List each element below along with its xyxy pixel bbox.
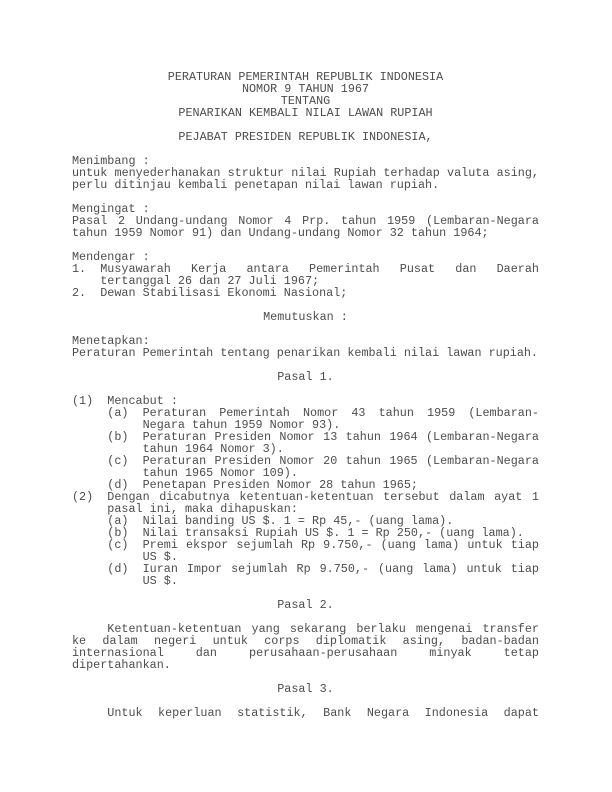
list-item-label: (d) [107, 563, 128, 575]
list-item-label: 1. [72, 263, 86, 275]
document-text: PERATURAN PEMERINTAH REPUBLIK INDONESIAN… [72, 71, 539, 719]
document-line: US $. [72, 575, 539, 587]
document-line: PEJABAT PRESIDEN REPUBLIK INDONESIA, [72, 131, 539, 143]
line-text: dipertahankan. [72, 659, 539, 671]
line-text: Iuran Impor sejumlah Rp 9.750,- (uang la… [143, 563, 539, 575]
document-line: Untuk keperluan statistik, Bank Negara I… [72, 707, 539, 719]
document-line: Pasal 1. [72, 371, 539, 383]
line-text: tahun 1959 Nomor 91) dan Undang-undang N… [72, 227, 539, 239]
document-line: Pasal 3. [72, 683, 539, 695]
list-item-label: (b) [107, 431, 128, 443]
document-line: PENARIKAN KEMBALI NILAI LAWAN RUPIAH [72, 107, 539, 119]
document-line: Memutuskan : [72, 311, 539, 323]
line-text: Peraturan Pemerintah tentang penarikan k… [72, 347, 539, 359]
list-item-label: (c) [107, 539, 128, 551]
line-text: Memutuskan : [72, 311, 539, 323]
line-text: Pasal 3. [72, 683, 539, 695]
document-line: dipertahankan. [72, 659, 539, 671]
list-item-label: (2) [72, 491, 93, 503]
document-line: 2.Dewan Stabilisasi Ekonomi Nasional; [72, 287, 539, 299]
document-line: Peraturan Pemerintah tentang penarikan k… [72, 347, 539, 359]
line-text: Pasal 2. [72, 599, 539, 611]
line-text: perlu ditinjau kembali penetapan nilai l… [72, 179, 539, 191]
line-text: US $. [143, 575, 539, 587]
list-item-label: (1) [72, 395, 93, 407]
line-text: Dewan Stabilisasi Ekonomi Nasional; [100, 287, 539, 299]
list-item-label: (c) [107, 455, 128, 467]
line-text: Pasal 1. [72, 371, 539, 383]
line-text: PEJABAT PRESIDEN REPUBLIK INDONESIA, [72, 131, 539, 143]
line-text: Untuk keperluan statistik, Bank Negara I… [107, 707, 539, 719]
line-text: Premi ekspor sejumlah Rp 9.750,- (uang l… [143, 539, 539, 551]
document-line: tahun 1959 Nomor 91) dan Undang-undang N… [72, 227, 539, 239]
list-item-label: (a) [107, 407, 128, 419]
document-line: perlu ditinjau kembali penetapan nilai l… [72, 179, 539, 191]
line-text: PENARIKAN KEMBALI NILAI LAWAN RUPIAH [72, 107, 539, 119]
document-line: Pasal 2. [72, 599, 539, 611]
